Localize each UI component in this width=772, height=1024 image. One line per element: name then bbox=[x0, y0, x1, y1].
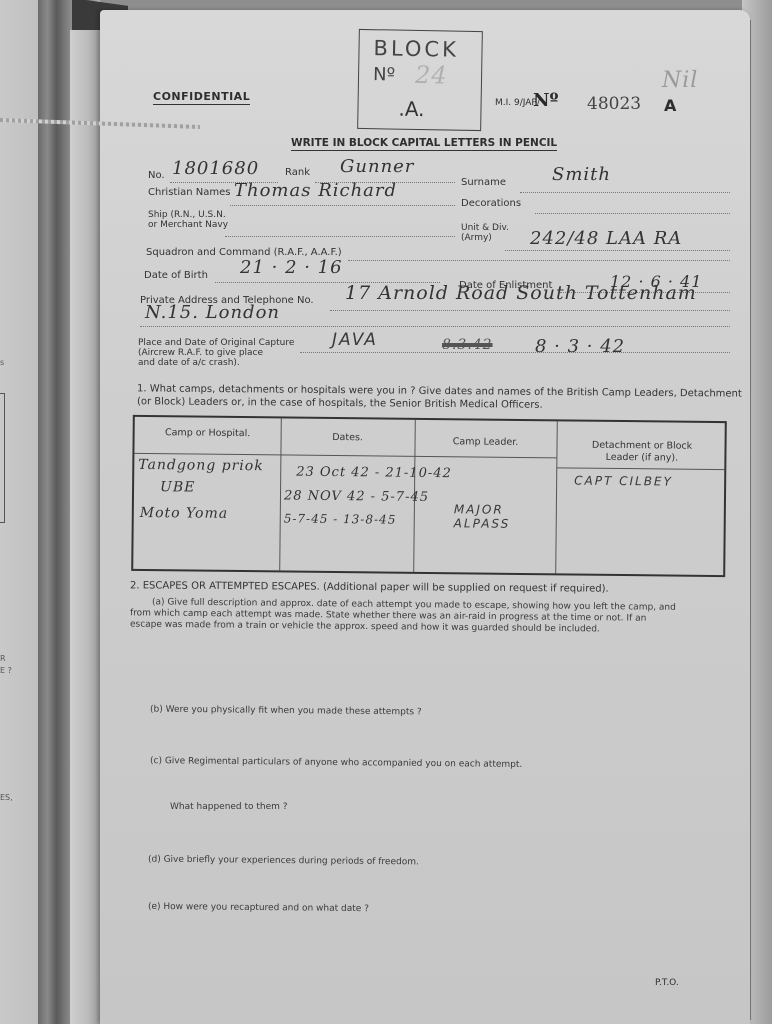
decorations-label: Decorations bbox=[461, 198, 521, 209]
stamp-letter: .A. bbox=[398, 97, 424, 121]
christian-names-label: Christian Names bbox=[148, 187, 230, 198]
page-fragment-text: s bbox=[0, 358, 4, 367]
christian-names-field[interactable]: Thomas Richard bbox=[234, 180, 397, 201]
no-label: No. bbox=[148, 170, 165, 181]
question-1-text-2: (or Block) Leaders or, in the case of ho… bbox=[137, 396, 543, 412]
address-field-line1[interactable]: 17 Arnold Road South Tottenham bbox=[345, 282, 697, 304]
table-cell-camp-leader: MAJOR ALPASS bbox=[454, 502, 534, 531]
block-stamp: BLOCK Nº 24 .A. bbox=[357, 29, 483, 131]
table-header-dates: Dates. bbox=[281, 431, 415, 443]
rank-label: Rank bbox=[285, 167, 310, 178]
capture-date-field[interactable]: 8 · 3 · 42 bbox=[535, 336, 625, 357]
classification-label: CONFIDENTIAL bbox=[153, 90, 250, 105]
capture-label: Place and Date of Original Capture bbox=[138, 338, 294, 348]
table-cell-camp: Tandgong priok bbox=[138, 457, 264, 474]
question-2c-followup: What happened to them ? bbox=[170, 802, 288, 813]
table-header-detachment-leader: Detachment or Block Leader (if any). bbox=[574, 440, 709, 465]
question-2d-text: (d) Give briefly your experiences during… bbox=[148, 855, 419, 869]
question-2e-text: (e) How were you recaptured and on what … bbox=[148, 902, 369, 915]
table-cell-dates: 23 Oct 42 - 21-10-42 bbox=[296, 465, 452, 482]
squadron-field[interactable] bbox=[350, 246, 730, 260]
decorations-field[interactable] bbox=[540, 196, 730, 210]
capture-label-2: (Aircrew R.A.F. to give place bbox=[138, 348, 263, 358]
table-cell-dates: 5-7-45 - 13-8-45 bbox=[284, 511, 397, 526]
address-field-line2[interactable]: N.15. London bbox=[145, 302, 280, 323]
table-cell-camp: Moto Yoma bbox=[140, 505, 229, 522]
page-fragment-text: E ? bbox=[0, 666, 12, 675]
binding-strip bbox=[70, 30, 100, 1024]
table-header-camp: Camp or Hospital. bbox=[135, 427, 281, 440]
table-cell-detachment-leader: CAPT CILBEY bbox=[574, 474, 673, 489]
ship-field[interactable] bbox=[230, 220, 455, 234]
page-fragment-text: R bbox=[0, 654, 6, 663]
page-fragment-box bbox=[0, 393, 5, 523]
ship-label-2: or Merchant Navy bbox=[148, 220, 228, 230]
unit-label: Unit & Div. bbox=[461, 223, 509, 233]
annotation-nil: Nil bbox=[662, 68, 698, 93]
question-2-title: 2. ESCAPES OR ATTEMPTED ESCAPES. (Additi… bbox=[130, 580, 609, 595]
stamp-number-value: 24 bbox=[415, 61, 448, 90]
table-header-camp-leader: Camp Leader. bbox=[415, 436, 557, 448]
camps-table: Camp or Hospital. Dates. Camp Leader. De… bbox=[131, 415, 727, 577]
pto-footer: P.T.O. bbox=[655, 978, 679, 988]
rank-field[interactable]: Gunner bbox=[340, 156, 414, 177]
instruction-heading: WRITE IN BLOCK CAPITAL LETTERS IN PENCIL bbox=[291, 137, 557, 151]
table-cell-camp: UBE bbox=[160, 479, 195, 495]
capture-place-field[interactable]: JAVA bbox=[332, 330, 378, 350]
page-fragment-text: ES, bbox=[0, 793, 13, 802]
dob-label: Date of Birth bbox=[144, 270, 208, 281]
serial-number: 48023 bbox=[587, 94, 641, 114]
table-cell-dates: 28 NOV 42 - 5-7-45 bbox=[284, 488, 429, 505]
no-field[interactable]: 1801680 bbox=[172, 158, 259, 179]
question-2c-text: (c) Give Regimental particulars of anyon… bbox=[150, 756, 522, 771]
stamp-block-text: BLOCK bbox=[373, 36, 459, 61]
surname-label: Surname bbox=[461, 177, 506, 188]
capture-label-3: and date of a/c crash). bbox=[138, 358, 240, 368]
pow-questionnaire-page: CONFIDENTIAL BLOCK Nº 24 .A. M.I. 9/JAP/… bbox=[100, 10, 750, 1024]
ship-label: Ship (R.N., U.S.N. bbox=[148, 210, 226, 220]
dob-field[interactable]: 21 · 2 · 16 bbox=[240, 257, 343, 278]
capture-date-struck: 8.3.42 bbox=[442, 337, 493, 353]
number-symbol: Nº bbox=[533, 90, 558, 111]
unit-label-2: (Army) bbox=[461, 233, 492, 243]
question-2b-text: (b) Were you physically fit when you mad… bbox=[150, 705, 422, 719]
surname-field[interactable]: Smith bbox=[552, 164, 611, 185]
serial-suffix: A bbox=[664, 96, 676, 115]
stamp-number-label: Nº bbox=[373, 64, 395, 85]
